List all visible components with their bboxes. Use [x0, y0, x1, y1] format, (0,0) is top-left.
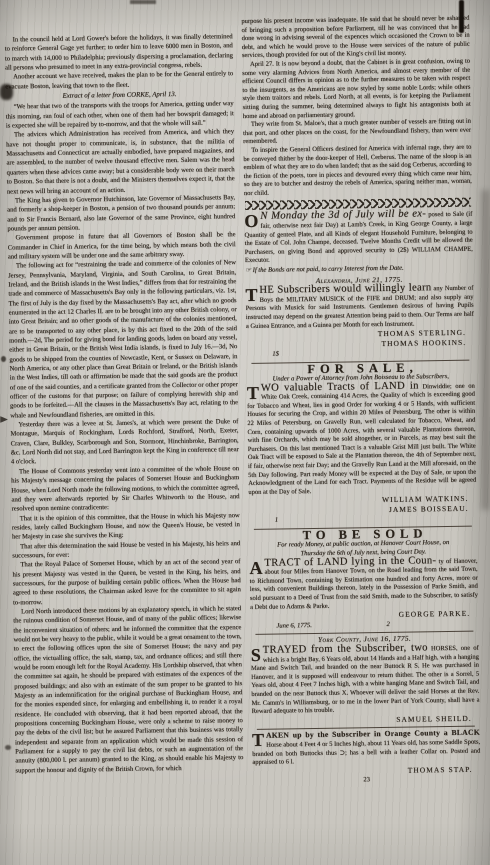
- ad-date-and-mark: June 6, 1775.2: [250, 618, 478, 631]
- drop-cap: T: [247, 384, 261, 400]
- tariff-mark-text: 1$: [272, 351, 279, 360]
- drop-cap: A: [249, 559, 264, 575]
- military-musick-ad: THE Subscribers would willingly learn an…: [245, 284, 474, 360]
- ink-smudge: [5, 745, 11, 750]
- scan-shadow-band: [481, 190, 490, 510]
- news-paragraph: The King has given to Governor Hutchinso…: [7, 193, 236, 234]
- land-tracts-ad: TWO valuable Tracts of LAND in Dinwiddie…: [247, 381, 477, 526]
- tariff-mark-text: 2: [386, 621, 389, 630]
- signature: SAMUEL SHEILD.: [252, 714, 472, 726]
- news-paragraph: Another account we have received, makes …: [5, 70, 233, 92]
- ad-body: HORSES, one of which is a bright Bay, 6 …: [251, 645, 480, 716]
- news-paragraph: They write from St. Maloe's, that a much…: [243, 118, 471, 147]
- right-column: purpose his present income was inadequat…: [241, 15, 480, 787]
- news-paragraph: purpose his present income was inadequat…: [241, 15, 470, 61]
- news-paragraph: That it is the opinion of this committee…: [12, 511, 240, 542]
- tariff-mark: 1$: [246, 347, 474, 360]
- ad-body: Dinwiddie; one on White Oak Creek, conta…: [247, 382, 476, 495]
- news-paragraph: Yesterday there was a levee at St. James…: [10, 417, 239, 467]
- champe-estate-sale-ad: ON Monday the 3d of July will be ex- pos…: [244, 210, 473, 276]
- news-paragraph: Government propose in future that all Go…: [7, 230, 235, 261]
- drop-cap: T: [245, 287, 259, 303]
- news-paragraph: To inspire the General Officers destined…: [243, 144, 472, 199]
- strayed-horses-ad: STRAYED from the Subscriber, two HORSES,…: [251, 644, 480, 727]
- ink-smudge: [130, 0, 156, 4]
- ad-body: Horse about 4 Feet 4 or 5 Inches high, a…: [252, 738, 480, 766]
- left-column: In the council held at Lord Gower's befo…: [5, 32, 244, 790]
- news-paragraph: “We hear that two of the transports with…: [6, 100, 234, 131]
- tariff-mark-text: 1: [275, 517, 278, 526]
- drop-cap: T: [252, 732, 266, 748]
- news-paragraph: The House of Commons yesterday went into…: [11, 464, 240, 514]
- ad-date: June 6, 1775.: [276, 622, 312, 631]
- ink-smudge: [0, 416, 8, 423]
- news-paragraph: The following act for “restraining the t…: [8, 258, 238, 420]
- news-paragraph: In the council held at Lord Gower's befo…: [5, 32, 234, 73]
- news-paragraph: That the Royal Palace of Somerset House,…: [12, 557, 241, 607]
- drop-cap: O: [244, 213, 260, 229]
- newspaper-page-scan: In the council held at Lord Gower's befo…: [0, 0, 490, 865]
- news-paragraph: The advices which Administration has rec…: [6, 128, 235, 197]
- taken-up-horse-ad: TAKEN up by the Subscriber in Orange Cou…: [252, 729, 481, 787]
- news-paragraph: Lord North introduced these motions by a…: [13, 604, 243, 776]
- tariff-mark: 1: [249, 513, 477, 526]
- hanover-land-ad: ATRACT of LAND lying in the Coun- ty of …: [249, 556, 478, 631]
- newspaper-sheet: In the council held at Lord Gower's befo…: [4, 15, 485, 791]
- news-paragraph: April 27. It is now beyond a doubt, that…: [242, 58, 471, 122]
- ink-smudge: [1, 356, 6, 362]
- drop-cap: S: [251, 647, 263, 663]
